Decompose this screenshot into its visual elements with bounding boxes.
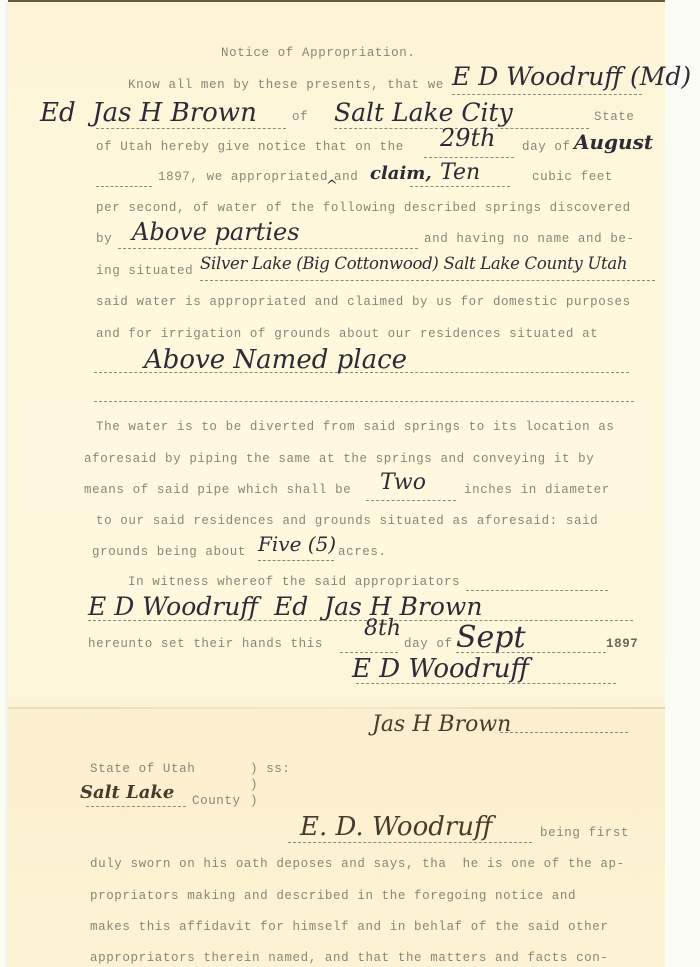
blank-line (86, 806, 186, 807)
blank-line (288, 842, 532, 843)
para2-acres: acres. (338, 545, 387, 559)
blank-line (340, 652, 398, 653)
para1-day-of: day of (522, 140, 571, 154)
para1-no-name: and having no name and be- (424, 232, 635, 246)
para1-line1: Know all men by these presents, that we (128, 78, 444, 92)
para1-situated: ing situated (96, 264, 193, 278)
hand-affiant: E. D. Woodruff (300, 812, 492, 842)
blank-line (424, 157, 514, 158)
blank-line (96, 128, 286, 129)
hand-sign-month: Sept (456, 620, 526, 655)
affidavit-line3: propriators making and described in the … (90, 889, 576, 903)
affidavit-county: County (192, 794, 241, 808)
para1-state: State (594, 110, 635, 124)
affidavit-paren: ) (250, 778, 258, 792)
hand-appropriator-1: E D Woodruff (Md) (452, 62, 691, 91)
signature-brown: Jas H Brown (372, 712, 511, 737)
para1-line3: of Utah hereby give notice that on the (96, 140, 404, 154)
paper-fold-line (8, 707, 665, 709)
affidavit-line2: duly sworn on his oath deposes and says,… (90, 857, 625, 871)
blank-line (94, 372, 629, 373)
para2-line3: means of said pipe which shall be (84, 483, 351, 497)
blank-line (500, 732, 628, 733)
witness-day-of: day of (404, 637, 453, 651)
blank-line (452, 94, 642, 95)
affidavit-being-first: being first (540, 826, 629, 840)
para1-by: by (96, 232, 112, 246)
affidavit-line5: appropriators therein named, and that th… (90, 951, 608, 965)
witness-line1: In witness whereof the said appropriator… (128, 575, 460, 589)
blank-line (456, 652, 606, 653)
para1-cubic-feet: cubic feet (532, 170, 613, 184)
blank-line (356, 683, 616, 684)
affidavit-line4: makes this affidavit for himself and in … (90, 920, 608, 934)
para1-of: of (292, 110, 308, 124)
hand-pipe-diameter: Two (380, 470, 426, 495)
blank-line (88, 620, 633, 621)
para1-year: 1897, we appropriated (158, 170, 328, 184)
para1-line5: per second, of water of the following de… (96, 201, 631, 215)
blank-line (366, 500, 456, 501)
para1-line9: and for irrigation of grounds about our … (96, 327, 598, 341)
para2-line4: to our said residences and grounds situa… (96, 514, 598, 528)
witness-year: 1897 (606, 637, 638, 651)
hand-month: August (574, 130, 653, 154)
para2-inches: inches in diameter (464, 483, 610, 497)
para2-line5: grounds being about (92, 545, 246, 559)
affidavit-ss: ) ss: (250, 762, 291, 776)
para1-line8: said water is appropriated and claimed b… (96, 295, 631, 309)
hand-city: Salt Lake City (334, 98, 513, 127)
hand-claim: claim, (370, 163, 432, 184)
hand-acreage: Five (5) (258, 532, 336, 556)
hand-sign-day: 8th (364, 616, 401, 641)
document-title: Notice of Appropriation. (221, 46, 415, 60)
affidavit-state: State of Utah (90, 762, 195, 776)
blank-line (96, 186, 152, 187)
hand-county: Salt Lake (80, 782, 174, 803)
para1-and: and (334, 170, 358, 184)
blank-line (466, 590, 608, 591)
hand-witness-signatures: E D Woodruff Ed Jas H Brown (88, 592, 482, 621)
signature-woodruff: E D Woodruff (352, 654, 529, 684)
hand-residence-place: Above Named place (144, 345, 407, 375)
hand-discoverer: Above parties (132, 218, 300, 246)
hand-amount: Ten (440, 160, 480, 185)
blank-line (258, 560, 334, 561)
witness-hereunto: hereunto set their hands this (88, 637, 323, 651)
para2-line2: aforesaid by piping the same at the spri… (84, 452, 594, 466)
blank-line (200, 280, 655, 281)
para2-line1: The water is to be diverted from said sp… (96, 420, 614, 434)
hand-location: Silver Lake (Big Cottonwood) Salt Lake C… (200, 254, 627, 273)
affidavit-county-paren: ) (250, 794, 258, 808)
hand-appropriator-2: Ed Jas H Brown (40, 98, 257, 128)
blank-line (410, 186, 510, 187)
blank-line (94, 401, 634, 402)
blank-line (118, 248, 418, 249)
hand-day: 29th (440, 124, 496, 152)
